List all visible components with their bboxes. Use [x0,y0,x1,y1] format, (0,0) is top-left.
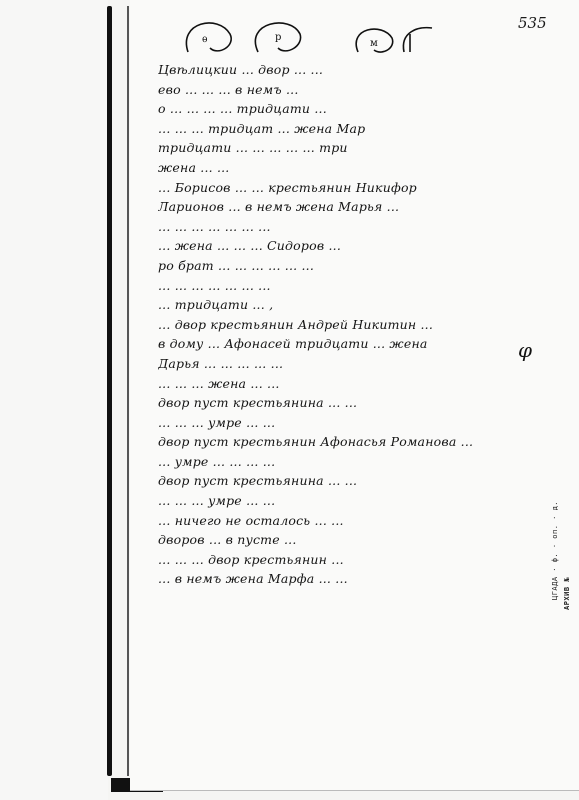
left-blank-margin [0,0,108,800]
margin-mark: φ [518,338,532,362]
headpiece-initial-2: р [275,32,281,43]
text-line: тридцати ... ... ... ... ... три [158,138,518,158]
text-line: жена ... ... [158,158,518,178]
manuscript-text-block: Цвѣлицкии ... двор ... ... ево ... ... .… [158,60,518,589]
text-line: в дому ... Афонасей тридцати ... жена [158,334,518,354]
text-line: двор пуст крестьянина ... ... [158,471,518,491]
text-line: ... умре ... ... ... ... [158,452,518,472]
text-line: ... ... ... ... ... ... ... [158,217,518,237]
archive-stamp: ЦГАДА · ф. · оп. · д. АРХИВ № [547,460,577,610]
text-line: ... Борисов ... ... крестьянин Никифор [158,178,518,198]
text-line: ... ... ... двор крестьянин ... [158,550,518,570]
text-line: Ларионов ... в немъ жена Марья ... [158,197,518,217]
text-line: двор пуст крестьянина ... ... [158,393,518,413]
text-line: ро брат ... ... ... ... ... ... [158,256,518,276]
decorative-headpiece: ѳ р м [178,12,438,60]
text-line: Цвѣлицкии ... двор ... ... [158,60,518,80]
text-line: ... ... ... умре ... ... [158,491,518,511]
text-line: ... ... ... тридцат ... жена Мар [158,119,518,139]
headpiece-initial-1: ѳ [202,34,208,45]
archive-stamp-line-2: АРХИВ № [563,577,571,610]
text-line: ... ... ... ... ... ... ... [158,276,518,296]
archive-stamp-line-1: ЦГАДА · ф. · оп. · д. [551,501,559,600]
folio-number: 535 [518,14,547,32]
text-line: ... ничего не осталось ... ... [158,511,518,531]
text-line: о ... ... ... ... тридцати ... [158,99,518,119]
binding-edge-thin [127,6,129,776]
text-line: ... в немъ жена Марфа ... ... [158,569,518,589]
text-line: ево ... ... ... в немъ ... [158,80,518,100]
text-line: двор пуст крестьянин Афонасья Романова .… [158,432,518,452]
text-line: ... тридцати ... , [158,295,518,315]
binding-edge-thick [107,6,112,776]
text-line: ... жена ... ... ... Сидоров ... [158,236,518,256]
text-line: ... ... ... умре ... ... [158,413,518,433]
headpiece-initial-3: м [370,38,378,49]
text-line: ... ... ... жена ... ... [158,374,518,394]
text-line: дворов ... в пусте ... [158,530,518,550]
text-line: Дарья ... ... ... ... ... [158,354,518,374]
text-line: ... двор крестьянин Андрей Никитин ... [158,315,518,335]
